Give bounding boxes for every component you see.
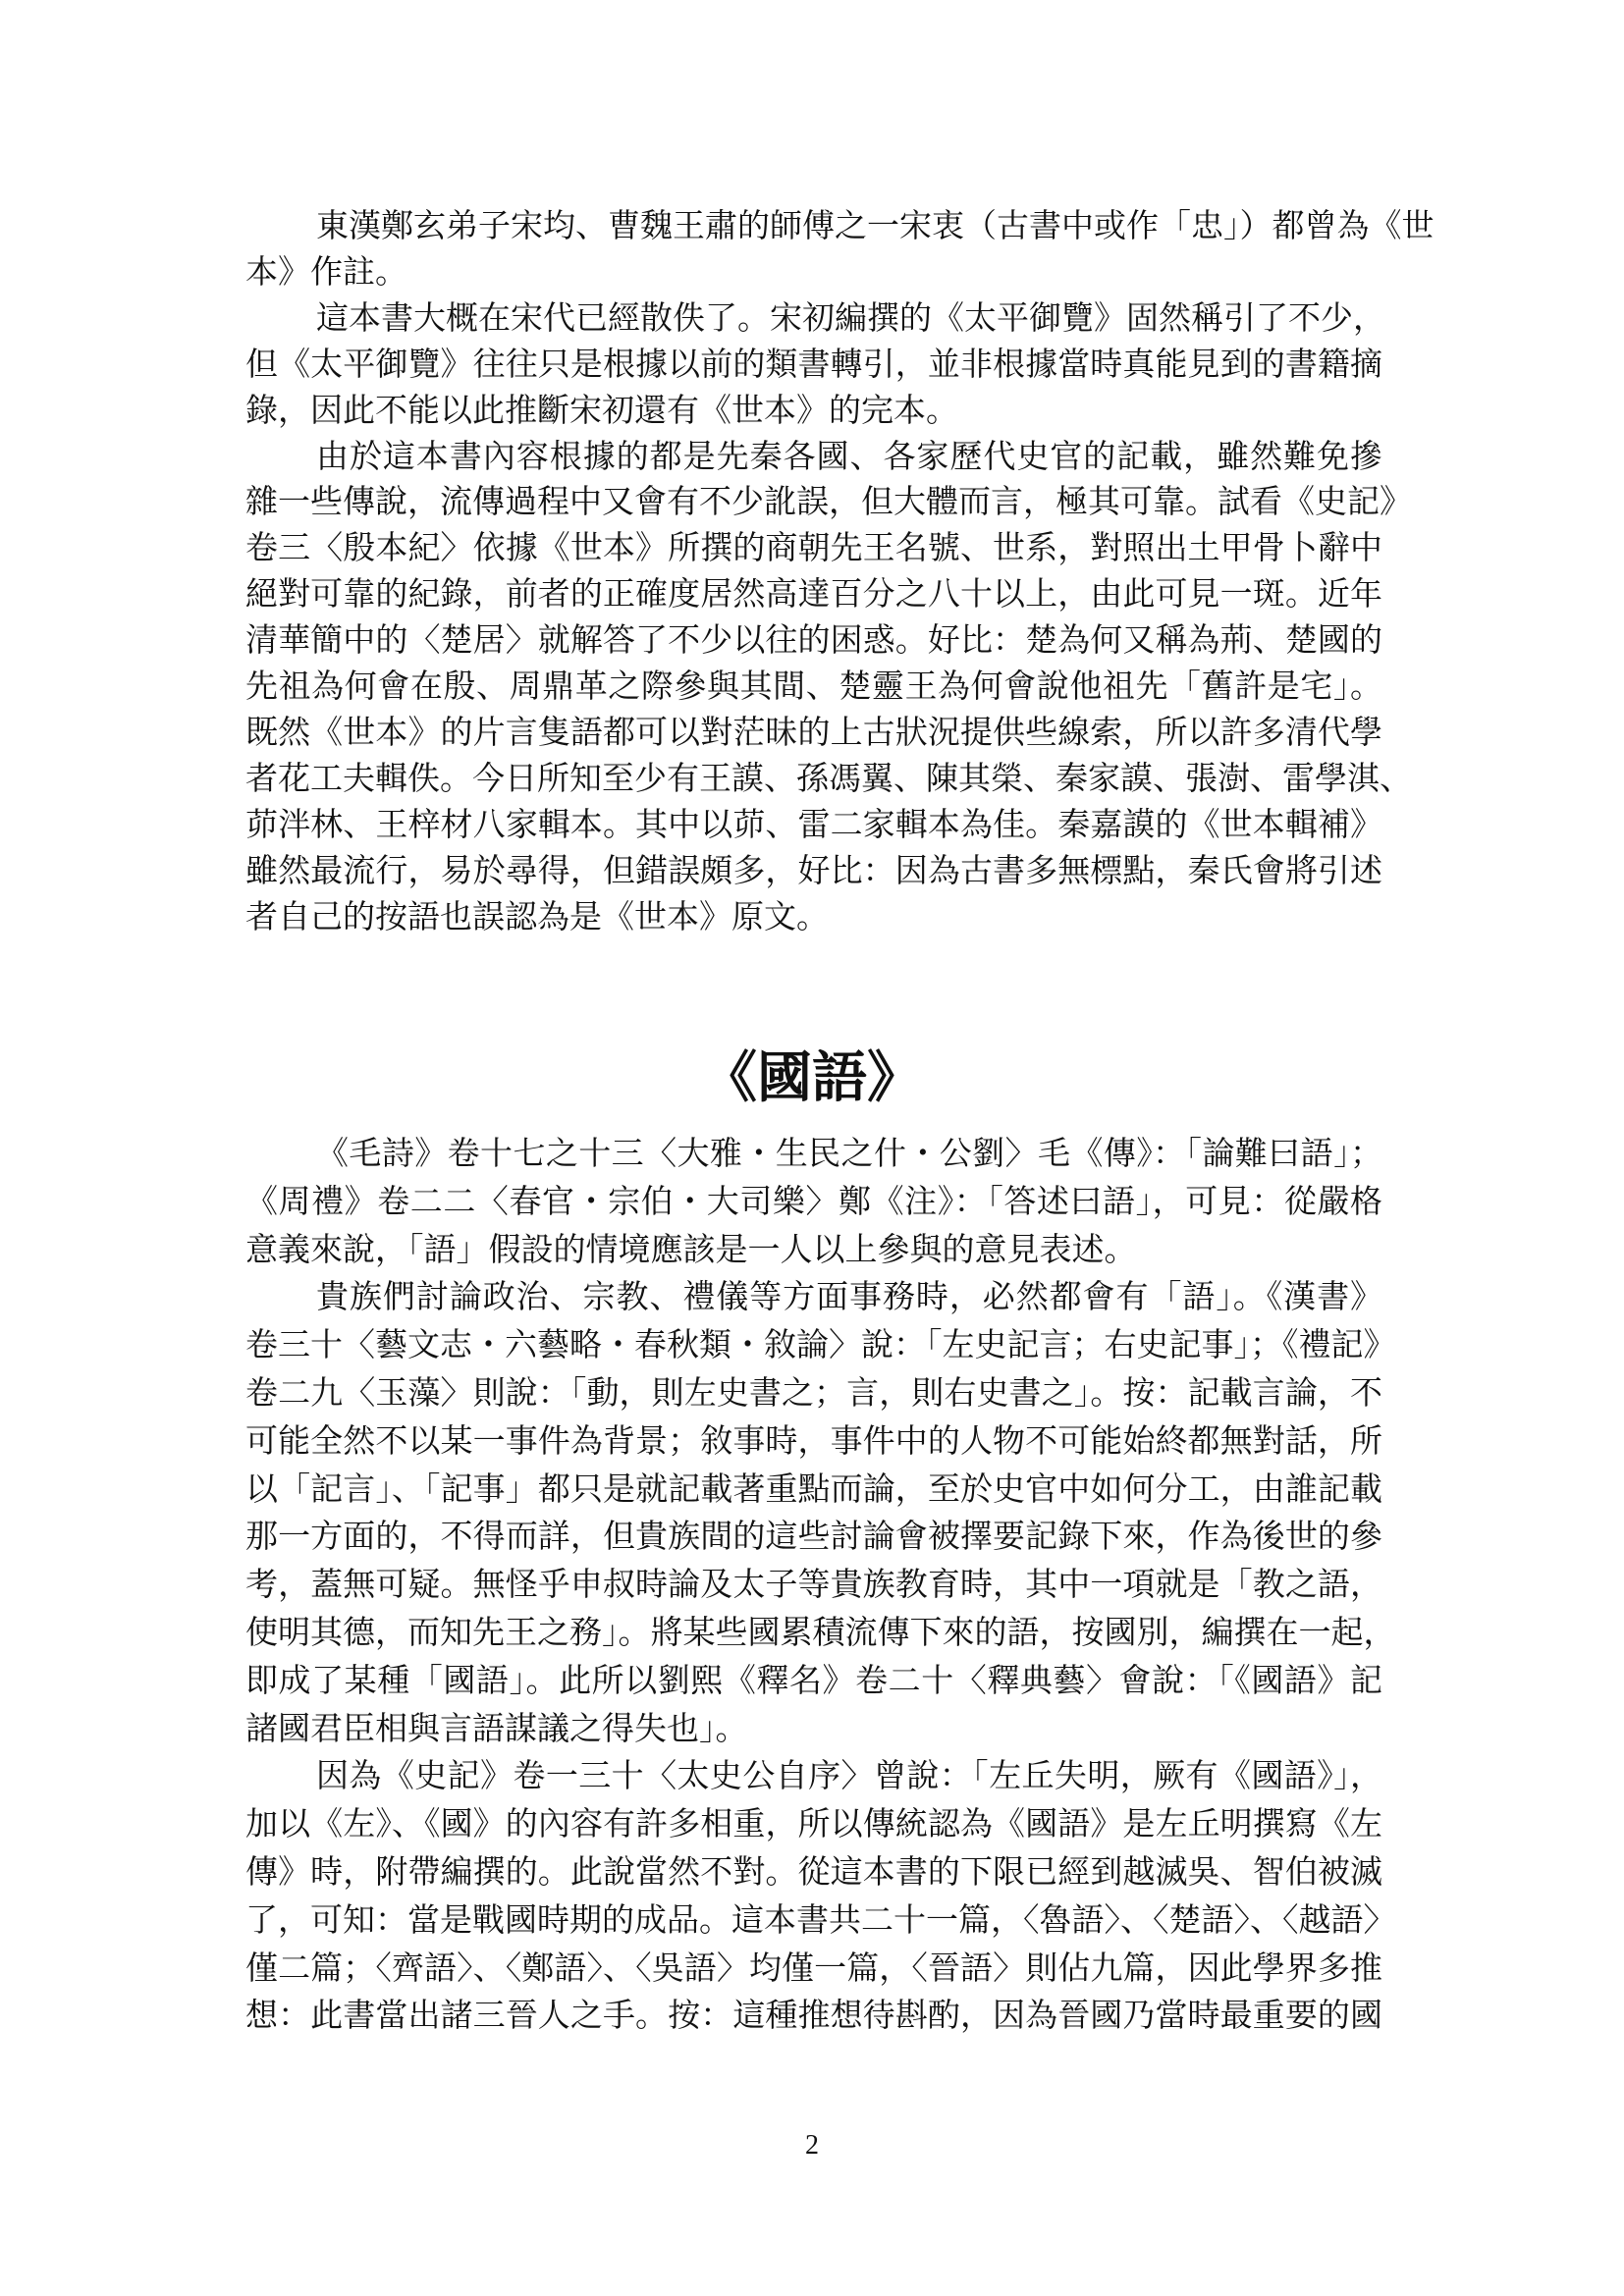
text-line: 可能全然不以某一事件為背景；敘事時，事件中的人物不可能始終都無對話，所 [245,1421,1382,1461]
text-line: 因為《史記》卷一三十〈太史公自序〉曾說：「左丘失明，厥有《國語》」， [316,1756,1382,1795]
text-line: 但《太平御覽》往往只是根據以前的類書轉引，並非根據當時真能見到的書籍摘 [245,345,1382,384]
document-page: 東漢鄭玄弟子宋均、曹魏王肅的師傅之一宋衷（古書中或作「忠」）都曾為《世本》作註。… [0,0,1624,2296]
text-line: 傳》時，附帶編撰的。此說當然不對。從這本書的下限已經到越滅吳、智伯被滅 [245,1852,1382,1892]
text-line: 僅二篇；〈齊語〉、〈鄭語〉、〈吳語〉均僅一篇，〈晉語〉則佔九篇，因此學界多推 [245,1949,1382,1988]
text-line: 先祖為何會在殷、周鼎革之際參與其間、楚靈王為何會說他祖先「舊許是宅」。 [245,667,1382,706]
text-line: 雜一些傳說，流傳過程中又會有不少訛誤，但大體而言，極其可靠。試看《史記》 [245,482,1382,521]
section-title-guoyu: 《國語》 [0,1046,1624,1111]
text-line: 既然《世本》的片言隻語都可以對茫昧的上古狀況提供些線索，所以許多清代學 [245,713,1382,752]
text-line: 者花工夫輯佚。今日所知至少有王謨、孫馮翼、陳其榮、秦家謨、張澍、雷學淇、 [245,759,1382,798]
text-line: 者自己的按語也誤認為是《世本》原文。 [245,897,1382,936]
text-line: 諸國君臣相與言語謀議之得失也」。 [245,1709,1382,1748]
text-line: 茆泮林、王梓材八家輯本。其中以茆、雷二家輯本為佳。秦嘉謨的《世本輯補》 [245,805,1382,844]
text-line: 《周禮》卷二二〈春官・宗伯・大司樂〉鄭《注》：「答述曰語」，可見：從嚴格 [245,1182,1382,1221]
text-line: 雖然最流行，易於尋得，但錯誤頗多，好比：因為古書多無標點，秦氏會將引述 [245,851,1382,890]
text-line: 貴族們討論政治、宗教、禮儀等方面事務時，必然都會有「語」。《漢書》 [316,1277,1382,1316]
text-line: 了，可知：當是戰國時期的成品。這本書共二十一篇，〈魯語〉、〈楚語〉、〈越語〉 [245,1900,1382,1940]
text-line: 本》作註。 [245,252,1382,292]
text-line: 這本書大概在宋代已經散佚了。宋初編撰的《太平御覽》固然稱引了不少， [316,298,1382,338]
text-line: 使明其德，而知先王之務」。將某些國累積流傳下來的語，按國別，編撰在一起， [245,1613,1382,1652]
text-line: 東漢鄭玄弟子宋均、曹魏王肅的師傅之一宋衷（古書中或作「忠」）都曾為《世 [316,206,1382,245]
text-line: 由於這本書內容根據的都是先秦各國、各家歷代史官的記載，雖然難免摻 [316,437,1382,476]
text-line: 《毛詩》卷十七之十三〈大雅・生民之什・公劉〉毛《傳》：「論難曰語」； [316,1134,1382,1173]
text-line: 卷二九〈玉藻〉則說：「動，則左史書之；言，則右史書之」。按：記載言論，不 [245,1373,1382,1413]
text-line: 錄，因此不能以此推斷宋初還有《世本》的完本。 [245,391,1382,430]
text-line: 以「記言」、「記事」都只是就記載著重點而論，至於史官中如何分工，由誰記載 [245,1469,1382,1509]
text-line: 清華簡中的〈楚居〉就解答了不少以往的困惑。好比：楚為何又稱為荊、楚國的 [245,620,1382,660]
text-line: 意義來說，「語」假設的情境應該是一人以上參與的意見表述。 [245,1230,1382,1269]
text-line: 即成了某種「國語」。此所以劉熙《釋名》卷二十〈釋典藝〉會說：「《國語》記 [245,1661,1382,1700]
text-line: 加以《左》、《國》的內容有許多相重，所以傳統認為《國語》是左丘明撰寫《左 [245,1804,1382,1843]
text-line: 想：此書當出諸三晉人之手。按：這種推想待斟酌，因為晉國乃當時最重要的國 [245,1996,1382,2035]
text-line: 那一方面的，不得而詳，但貴族間的這些討論會被擇要記錄下來，作為後世的參 [245,1517,1382,1556]
text-line: 考，蓋無可疑。無怪乎申叔時論及太子等貴族教育時，其中一項就是「教之語， [245,1565,1382,1604]
text-line: 卷三十〈藝文志・六藝略・春秋類・敘論〉說：「左史記言；右史記事」；《禮記》 [245,1325,1382,1364]
page-number: 2 [0,2130,1624,2162]
text-line: 卷三〈殷本紀〉依據《世本》所撰的商朝先王名號、世系，對照出土甲骨卜辭中 [245,528,1382,567]
text-line: 絕對可靠的紀錄，前者的正確度居然高達百分之八十以上，由此可見一斑。近年 [245,574,1382,614]
